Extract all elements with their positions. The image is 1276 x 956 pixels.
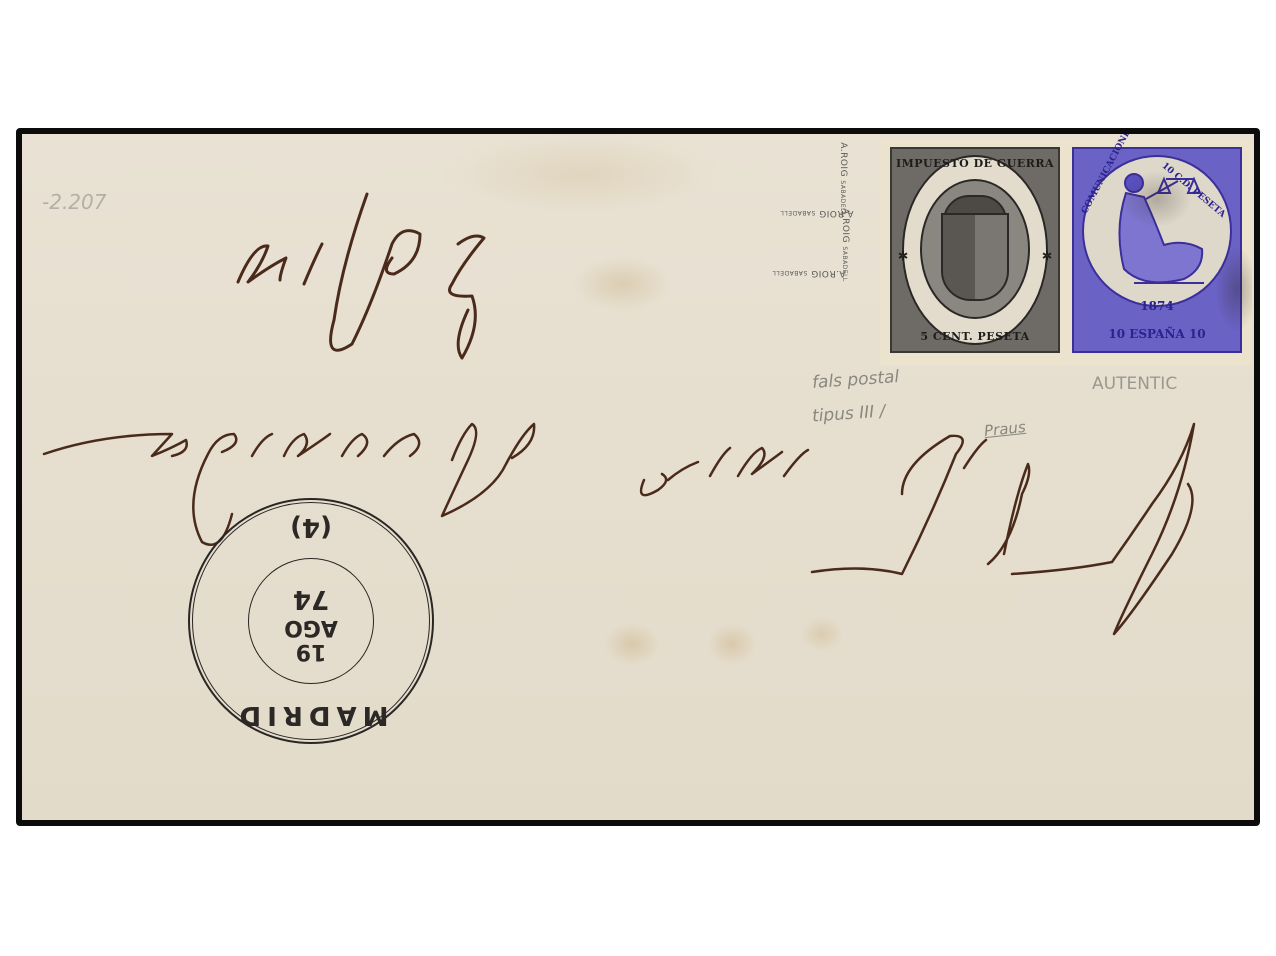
postal-cover: -2.207 A.ROIG SABADELL A.ROIG SABADELL A… xyxy=(16,128,1260,826)
postmark-month: AGO xyxy=(188,615,434,640)
postmark-day: 19 xyxy=(188,639,434,664)
address-line-zafra xyxy=(238,194,484,358)
postmark-year: 74 xyxy=(188,584,434,614)
address-line-francisco xyxy=(641,424,1194,634)
postmark-code: (4) xyxy=(188,512,434,542)
postmark-city: MADRID xyxy=(188,700,434,730)
madrid-postmark: MADRID 19 AGO 74 (4) xyxy=(188,498,434,744)
